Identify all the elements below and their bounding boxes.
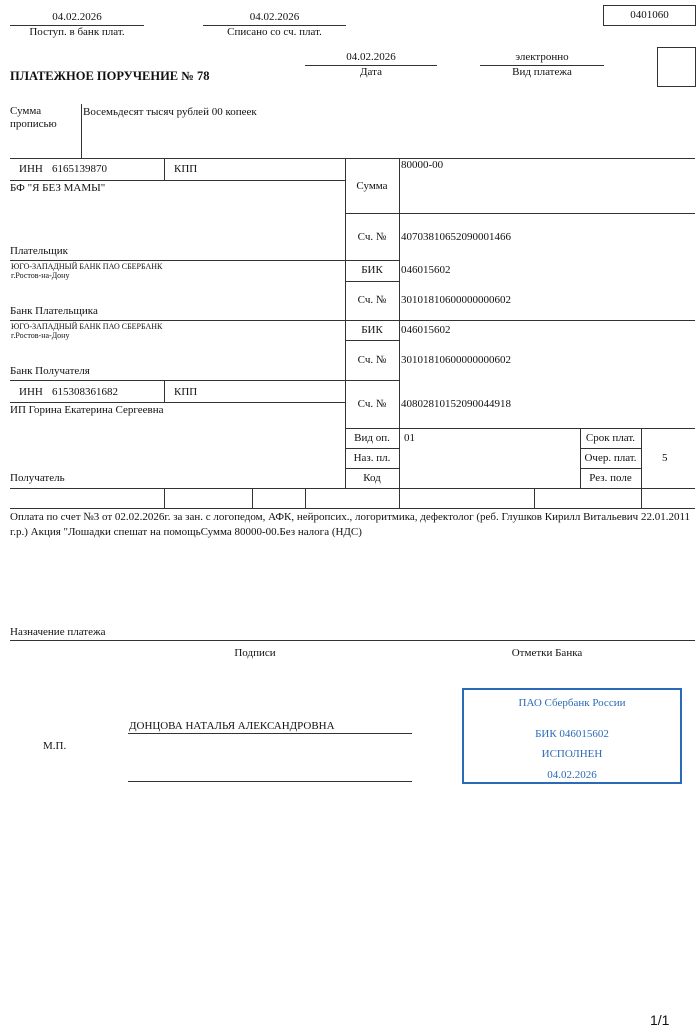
stamp-bik: БИК 046015602 — [464, 728, 680, 740]
stamp-date: 04.02.2026 — [464, 769, 680, 781]
stamp-place-label: М.П. — [43, 740, 66, 752]
payee-bank-label: Банк Получателя — [10, 365, 90, 377]
divider — [345, 340, 399, 341]
amount-words-label: Сумма прописью — [10, 105, 75, 131]
divider — [10, 508, 695, 509]
divider — [10, 180, 345, 181]
divider — [10, 158, 695, 159]
received-label: Поступ. в банк плат. — [10, 26, 144, 38]
payee-bank-bik: 046015602 — [401, 324, 451, 336]
divider — [580, 468, 641, 469]
bank-stamp: ПАО Сбербанк России БИК 046015602 ИСПОЛН… — [462, 688, 682, 784]
divider — [399, 158, 400, 508]
stamp-status: ИСПОЛНЕН — [464, 748, 680, 760]
document-date-label: Дата — [305, 66, 437, 78]
payer-bank-bik: 046015602 — [401, 264, 451, 276]
op-type: 01 — [404, 432, 415, 444]
debited-label: Списано со сч. плат. — [203, 26, 346, 38]
page-indicator: 1/1 — [650, 1012, 669, 1028]
bank-marks-label: Отметки Банка — [497, 647, 597, 659]
payer-account: 40703810652090001466 — [401, 231, 511, 243]
divider — [641, 428, 642, 508]
divider — [10, 402, 345, 403]
debited-date: 04.02.2026 — [203, 11, 346, 23]
priority-label: Очер. плат. — [580, 452, 641, 464]
received-date: 04.02.2026 — [10, 11, 144, 23]
divider — [164, 488, 165, 508]
purpose-text: Оплата по счет №3 от 02.02.2026г. за зан… — [10, 510, 695, 540]
priority-value: 5 — [662, 452, 668, 464]
divider — [534, 488, 535, 508]
payee-account-label: Сч. № — [345, 398, 399, 410]
divider — [10, 380, 400, 381]
page-title: ПЛАТЕЖНОЕ ПОРУЧЕНИЕ № 78 — [10, 69, 209, 84]
divider — [10, 320, 695, 321]
divider — [345, 213, 695, 214]
payer-label: Плательщик — [10, 245, 68, 257]
divider — [345, 448, 399, 449]
divider — [164, 380, 165, 402]
payee-bank-account: 30101810600000000602 — [401, 354, 511, 366]
divider — [345, 428, 695, 429]
amount-label: Сумма — [345, 180, 399, 192]
payee-inn-label: ИНН — [19, 386, 43, 398]
payment-type: электронно — [480, 51, 604, 63]
op-type-label: Вид оп. — [345, 432, 399, 444]
purpose-label: Назначение платежа — [10, 626, 105, 638]
payer-kpp-label: КПП — [174, 163, 197, 175]
payment-type-label: Вид платежа — [480, 66, 604, 78]
payer-inn: 6165139870 — [52, 163, 107, 175]
divider — [345, 468, 399, 469]
due-label: Срок плат. — [580, 432, 641, 444]
payee-inn: 615308361682 — [52, 386, 118, 398]
divider — [252, 488, 253, 508]
code-label: Код — [345, 472, 399, 484]
signature-line — [128, 733, 412, 734]
signature-line — [128, 781, 412, 782]
payee-bank-account-label: Сч. № — [345, 354, 399, 366]
payer-bank-city: г.Ростов-на-Дону — [11, 271, 69, 281]
payee-bank-city: г.Ростов-на-Дону — [11, 331, 69, 341]
form-code: 0401060 — [603, 5, 696, 26]
stamp-bank-name: ПАО Сбербанк России — [464, 697, 680, 709]
amount-value: 80000-00 — [401, 159, 443, 171]
document-date: 04.02.2026 — [305, 51, 437, 63]
status-box — [657, 47, 696, 87]
signatures-label: Подписи — [205, 647, 305, 659]
divider — [81, 104, 82, 158]
divider — [10, 260, 400, 261]
divider — [305, 488, 306, 508]
payer-account-label: Сч. № — [345, 231, 399, 243]
payer-bank-label: Банк Плательщика — [10, 305, 98, 317]
payee-name: ИП Горина Екатерина Сергеевна — [10, 404, 163, 416]
payer-name: БФ "Я БЕЗ МАМЫ" — [10, 182, 105, 194]
reserve-label: Рез. поле — [580, 472, 641, 484]
amount-words-value: Восемьдесят тысяч рублей 00 копеек — [83, 106, 257, 118]
payee-account: 40802810152090044918 — [401, 398, 511, 410]
payee-label: Получатель — [10, 472, 65, 484]
divider — [580, 448, 641, 449]
signer-name: ДОНЦОВА НАТАЛЬЯ АЛЕКСАНДРОВНА — [129, 720, 335, 732]
payee-kpp-label: КПП — [174, 386, 197, 398]
payee-bank-bik-label: БИК — [345, 324, 399, 336]
divider — [164, 158, 165, 180]
divider — [10, 640, 695, 641]
payer-inn-label: ИНН — [19, 163, 43, 175]
payer-bank-account-label: Сч. № — [345, 294, 399, 306]
divider — [10, 488, 695, 489]
divider — [345, 281, 399, 282]
payer-bank-account: 30101810600000000602 — [401, 294, 511, 306]
payer-bank-bik-label: БИК — [345, 264, 399, 276]
purpose-code-label: Наз. пл. — [345, 452, 399, 464]
